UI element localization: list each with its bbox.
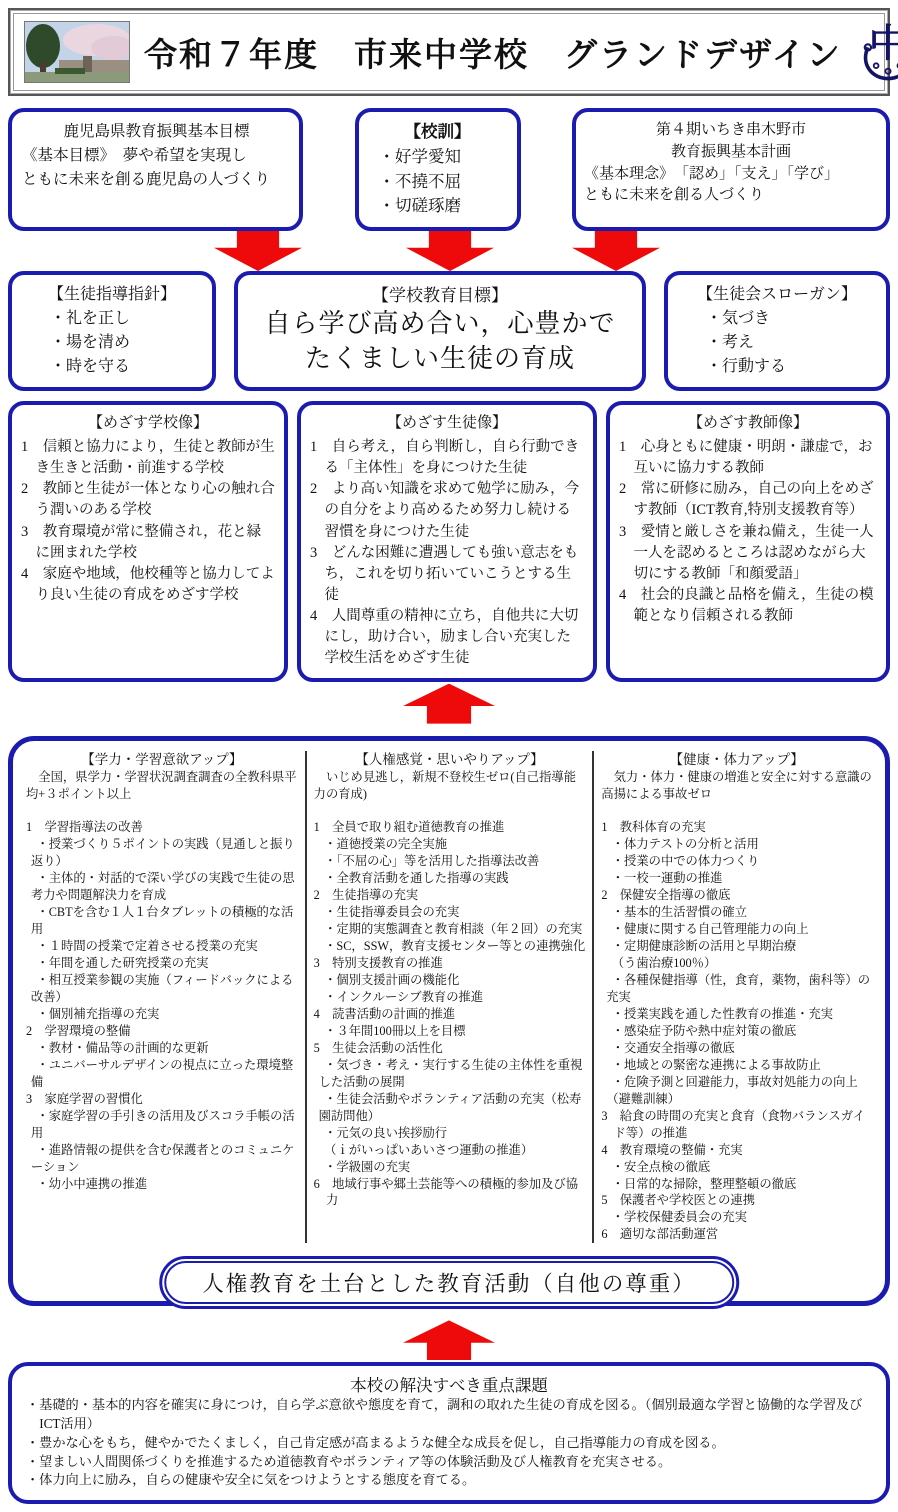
- ideal-student-title: 【めざす生徒像】: [310, 413, 584, 435]
- human-rights-pillar-item: ・SC，SSW，教育支援センター等との連携強化: [314, 938, 586, 955]
- ideal-student-item: 2 より高い知識を求めて勉学に励み，今の自分をより高めるため努力し続ける習慣を身…: [310, 479, 584, 542]
- guidance-policy-item: ・時を守る: [22, 355, 202, 379]
- ideal-teacher-item: 4 社会的良識と品格を備え，生徒の模範となり信頼される教師: [619, 585, 877, 627]
- health-pillar-item: ・各種保健指導（性，食育，薬物，歯科等）の充実: [601, 972, 872, 1006]
- priority-measures-box: 【学力・学習意欲アップ】 全国，県学力・学習状況調査調査の全教科県平均+３ポイン…: [8, 736, 890, 1307]
- health-pillar-item: ・授業の中での体力つくり: [601, 853, 872, 870]
- health-pillar-item: ・日常的な掃除，整理整頓の徹底: [601, 1176, 872, 1193]
- guidance-policy-item: ・礼を正し: [22, 307, 202, 331]
- health-pillar-item: ・安全点検の徹底: [601, 1159, 872, 1176]
- academic-pillar-item: ・相互授業参観の実施（フィードバックによる改善）: [26, 972, 298, 1006]
- human-rights-pillar-item: ・生徒会活動やボランティア活動の充実（松寿園訪問他）: [314, 1091, 586, 1125]
- academic-pillar-item: ・幼小中連携の推進: [26, 1176, 298, 1193]
- human-rights-pillar-title: 【人権感覚・思いやりアップ】: [314, 751, 586, 770]
- prefecture-goal-line: ともに未来を創る鹿児島の人づくり: [22, 168, 291, 192]
- vision-row: 【めざす学校像】 1 信頼と協力により，生徒と教師が生き生きと活動・前進する学校…: [8, 401, 890, 682]
- academic-pillar-item: ・主体的・対話的で深い学びの実践で生徒の思考力や問題解決力を育成: [26, 870, 298, 904]
- health-pillar-item: 1 教科体育の充実: [601, 819, 872, 836]
- page-title: 令和７年度 市来中学校 グランドデザイン: [144, 29, 842, 76]
- basic-goals-row: 鹿児島県教育振興基本目標《基本目標》 夢や希望を実現しともに未来を創る鹿児島の人…: [8, 108, 890, 231]
- academic-pillar-item: 1 学習指導法の改善: [26, 819, 298, 836]
- city-plan-line: 第４期いちき串木野市: [584, 119, 878, 141]
- human-rights-pillar-item: 1 全員で取り組む道徳教育の推進: [314, 819, 586, 836]
- health-pillar-item: ・一校一運動の推進: [601, 870, 872, 887]
- academic-pillar-title: 【学力・学習意欲アップ】: [26, 751, 298, 770]
- header: 令和７年度 市来中学校 グランドデザイン 中: [8, 8, 890, 96]
- academic-pillar-column: 【学力・学習意欲アップ】 全国，県学力・学習状況調査調査の全教科県平均+３ポイン…: [19, 751, 305, 1244]
- guidance-policy-title: 【生徒指導指針】: [22, 283, 202, 307]
- city-plan-line: 教育振興基本計画: [584, 141, 878, 163]
- health-pillar-column: 【健康・体力アップ】 気力・体力・健康の増進と安全に対する意識の高揚による事故ゼ…: [592, 751, 879, 1244]
- health-pillar-subtitle: 気力・体力・健康の増進と安全に対する意識の高揚による事故ゼロ: [601, 769, 872, 803]
- guidance-policy-item: ・場を清め: [22, 331, 202, 355]
- ideal-school-item: 1 信頼と協力により，生徒と教師が生き生きと活動・前進する学校: [21, 437, 275, 479]
- human-rights-pillar-item: ・定期的実態調査と教育相談（年２回）の充実: [314, 921, 586, 938]
- priority-issue-item: ・体力向上に励み，自らの健康や安全に気をつけようとする態度を育てる。: [26, 1471, 872, 1490]
- city-plan-box: 第４期いちき串木野市教育振興基本計画《基本理念》 「認め」「支え」「学び」ともに…: [572, 108, 890, 231]
- health-pillar-item: ・体力テストの分析と活用: [601, 836, 872, 853]
- school-education-goal-title: 【学校教育目標】: [248, 281, 632, 306]
- health-pillar-item: 2 保健安全指導の徹底: [601, 887, 872, 904]
- up-arrow-icon: [403, 1320, 495, 1360]
- up-arrow-icon: [403, 684, 495, 724]
- priority-issue-item: ・望ましい人間関係づくりを推進するため道徳教育やボランティア等の体験活動及び人権…: [26, 1453, 872, 1472]
- emblem-character: 中: [869, 23, 898, 66]
- priority-issue-item: ・基礎的・基本的内容を確実に身につけ，自ら学ぶ意欲や態度を育て，調和の取れた生徒…: [26, 1396, 872, 1433]
- school-emblem-icon: 中: [856, 20, 898, 84]
- ideal-school-item: 2 教師と生徒が一体となり心の触れ合う潤いのある学校: [21, 479, 275, 521]
- human-rights-pillar-subtitle: いじめ見逃し，新規不登校生ゼロ(自己指導能力の育成): [314, 769, 586, 803]
- human-rights-pillar-item: 6 地域行事や郷土芸能等への積極的参加及び協力: [314, 1176, 586, 1210]
- school-motto-item: ・切磋琢磨: [365, 194, 511, 219]
- human-rights-pillar-item: ・元気の良い挨拶励行: [314, 1125, 586, 1142]
- student-council-slogan-item: ・行動する: [678, 355, 876, 379]
- human-rights-pillar-item: ・全教育活動を通した指導の実践: [314, 870, 586, 887]
- school-photo: [24, 21, 130, 83]
- down-arrow-icon: [406, 231, 494, 271]
- city-plan-line: ともに未来を創る人づくり: [584, 184, 878, 206]
- priority-issues-box: 本校の解決すべき重点課題 ・基礎的・基本的内容を確実に身につけ，自ら学ぶ意欲や態…: [8, 1362, 890, 1504]
- ideal-teacher-title: 【めざす教師像】: [619, 413, 877, 435]
- student-council-slogan-box: 【生徒会スローガン】 ・気づき・考え・行動する: [664, 271, 890, 391]
- school-education-goal-box: 【学校教育目標】 自ら学び高め合い，心豊かでたくましい生徒の育成: [234, 271, 646, 391]
- academic-pillar-item: ・教材・備品等の計画的な更新: [26, 1040, 298, 1057]
- human-rights-pillar-item: ・インクルーシブ教育の推進: [314, 989, 586, 1006]
- academic-pillar-subtitle: 全国，県学力・学習状況調査調査の全教科県平均+３ポイント以上: [26, 769, 298, 803]
- health-pillar-title: 【健康・体力アップ】: [601, 751, 872, 770]
- ideal-school-item: 3 教育環境が常に整備され，花と緑に囲まれた学校: [21, 522, 275, 564]
- academic-pillar-item: ・１時間の授業で定着させる授業の充実: [26, 938, 298, 955]
- ideal-school-title: 【めざす学校像】: [21, 413, 275, 435]
- academic-pillar-item: 3 家庭学習の習慣化: [26, 1091, 298, 1108]
- academic-pillar-item: ・進路情報の提供を含む保護者とのコミュニケーション: [26, 1142, 298, 1176]
- education-goal-row: 【生徒指導指針】 ・礼を正し・場を清め・時を守る 【学校教育目標】 自ら学び高め…: [8, 271, 890, 391]
- school-photo-image: [25, 22, 129, 82]
- school-motto-item: ・不撓不屈: [365, 170, 511, 195]
- human-rights-pillar-item: 3 特別支援教育の推進: [314, 955, 586, 972]
- academic-pillar-item: 2 学習環境の整備: [26, 1023, 298, 1040]
- foundation-banner: 人権教育を土台とした教育活動（自他の尊重）: [159, 1256, 739, 1309]
- health-pillar-item: ・学校保健委員会の充実: [601, 1209, 872, 1226]
- school-education-goal-line: 自ら学び高め合い，心豊かで: [248, 306, 632, 341]
- guidance-policy-box: 【生徒指導指針】 ・礼を正し・場を清め・時を守る: [8, 271, 216, 391]
- academic-pillar-item: ・個別補充指導の充実: [26, 1006, 298, 1023]
- ideal-student-item: 4 人間尊重の精神に立ち，自他共に大切にし，助け合い，励まし合い充実した学校生活…: [310, 606, 584, 669]
- grand-design-poster: 令和７年度 市来中学校 グランドデザイン 中 鹿児島県教育振興基本目標《基本目標…: [0, 0, 898, 1512]
- academic-pillar-item: ・ユニバーサルデザインの視点に立った環境整備: [26, 1057, 298, 1091]
- down-arrow-icon: [572, 231, 660, 271]
- ideal-student-item: 3 どんな困難に遭遇しても強い意志をもち，これを切り拓いていこうとする生徒: [310, 543, 584, 606]
- human-rights-pillar-column: 【人権感覚・思いやりアップ】 いじめ見逃し，新規不登校生ゼロ(自己指導能力の育成…: [305, 751, 593, 1244]
- school-motto-title: 【校訓】: [365, 120, 511, 145]
- academic-pillar-item: ・CBTを含む１人１台タブレットの積極的な活用: [26, 904, 298, 938]
- human-rights-pillar-item: （ｉがいっぱいあいさつ運動の推進）: [314, 1142, 586, 1159]
- health-pillar-item: ・基本的生活習慣の確立: [601, 904, 872, 921]
- city-plan-line: 《基本理念》 「認め」「支え」「学び」: [584, 163, 878, 185]
- ideal-school-item: 4 家庭や地域，他校種等と協力してより良い生徒の育成をめざす学校: [21, 564, 275, 606]
- human-rights-pillar-item: ・学級園の充実: [314, 1159, 586, 1176]
- health-pillar-item: ・危険予測と回避能力，事故対処能力の向上（避難訓練）: [601, 1074, 872, 1108]
- student-council-slogan-item: ・気づき: [678, 307, 876, 331]
- ideal-school-box: 【めざす学校像】 1 信頼と協力により，生徒と教師が生き生きと活動・前進する学校…: [8, 401, 288, 682]
- student-council-slogan-title: 【生徒会スローガン】: [678, 283, 876, 307]
- health-pillar-item: （う歯治療100％）: [601, 955, 872, 972]
- ideal-teacher-item: 2 常に研修に励み，自己の向上をめざす教師（ICT教育,特別支援教育等）: [619, 479, 877, 521]
- academic-pillar-item: ・家庭学習の手引きの活用及びスコラ手帳の活用: [26, 1108, 298, 1142]
- health-pillar-item: ・健康に関する自己管理能力の向上: [601, 921, 872, 938]
- human-rights-pillar-item: ・気づき・考え・実行する生徒の主体性を重視した活動の展開: [314, 1057, 586, 1091]
- ideal-teacher-item: 1 心身ともに健康・明朗・謙虚で，お互いに協力する教師: [619, 437, 877, 479]
- human-rights-pillar-item: ・「不屈の心」等を活用した指導法改善: [314, 853, 586, 870]
- prefecture-goal-box: 鹿児島県教育振興基本目標《基本目標》 夢や希望を実現しともに未来を創る鹿児島の人…: [8, 108, 303, 231]
- prefecture-goal-line: 《基本目標》 夢や希望を実現し: [22, 144, 291, 168]
- priority-issue-item: ・豊かな心をもち，健やかでたくましく，自己肯定感が高まるような健全な成長を促し，…: [26, 1434, 872, 1453]
- human-rights-pillar-item: ・３年間100冊以上を目標: [314, 1023, 586, 1040]
- academic-pillar-item: ・年間を通した研究授業の充実: [26, 955, 298, 972]
- health-pillar-item: 3 給食の時間の充実と食育（食物バランスガイド等）の推進: [601, 1108, 872, 1142]
- ideal-teacher-box: 【めざす教師像】 1 心身ともに健康・明朗・謙虚で，お互いに協力する教師2 常に…: [606, 401, 890, 682]
- academic-pillar-item: ・授業づくり５ポイントの実践（見通しと振り返り）: [26, 836, 298, 870]
- human-rights-pillar-item: ・道徳授業の完全実施: [314, 836, 586, 853]
- health-pillar-item: 5 保護者や学校医との連携: [601, 1192, 872, 1209]
- student-council-slogan-item: ・考え: [678, 331, 876, 355]
- school-motto-item: ・好学愛知: [365, 145, 511, 170]
- human-rights-pillar-item: 4 読書活動の計画的推進: [314, 1006, 586, 1023]
- health-pillar-item: 4 教育環境の整備・充実: [601, 1142, 872, 1159]
- priority-issues-title: 本校の解決すべき重点課題: [26, 1372, 872, 1396]
- health-pillar-item: 6 適切な部活動運営: [601, 1226, 872, 1243]
- school-education-goal-line: たくましい生徒の育成: [248, 341, 632, 376]
- school-motto-box: 【校訓】 ・好学愛知・不撓不屈・切磋琢磨: [355, 108, 521, 231]
- health-pillar-item: ・地域との緊密な連携による事故防止: [601, 1057, 872, 1074]
- flow-arrows-down: [8, 231, 890, 271]
- human-rights-pillar-item: 2 生徒指導の充実: [314, 887, 586, 904]
- human-rights-pillar-item: ・個別支援計画の機能化: [314, 972, 586, 989]
- health-pillar-item: ・交通安全指導の徹底: [601, 1040, 872, 1057]
- ideal-student-item: 1 自ら考え，自ら判断し，自ら行動できる「主体性」を身につけた生徒: [310, 437, 584, 479]
- prefecture-goal-line: 鹿児島県教育振興基本目標: [22, 120, 291, 144]
- health-pillar-item: ・授業実践を通した性教育の推進・充実: [601, 1006, 872, 1023]
- health-pillar-item: ・感染症予防や熱中症対策の徹底: [601, 1023, 872, 1040]
- health-pillar-item: ・定期健康診断の活用と早期治療: [601, 938, 872, 955]
- ideal-student-box: 【めざす生徒像】 1 自ら考え，自ら判断し，自ら行動できる「主体性」を身につけた…: [297, 401, 597, 682]
- foundation-banner-text: 人権教育を土台とした教育活動（自他の尊重）: [164, 1261, 734, 1304]
- down-arrow-icon: [214, 231, 302, 271]
- human-rights-pillar-item: ・生徒指導委員会の充実: [314, 904, 586, 921]
- human-rights-pillar-item: 5 生徒会活動の活性化: [314, 1040, 586, 1057]
- ideal-teacher-item: 3 愛情と厳しさを兼ね備え，生徒一人一人を認めるところは認めながら大切にする教師…: [619, 522, 877, 585]
